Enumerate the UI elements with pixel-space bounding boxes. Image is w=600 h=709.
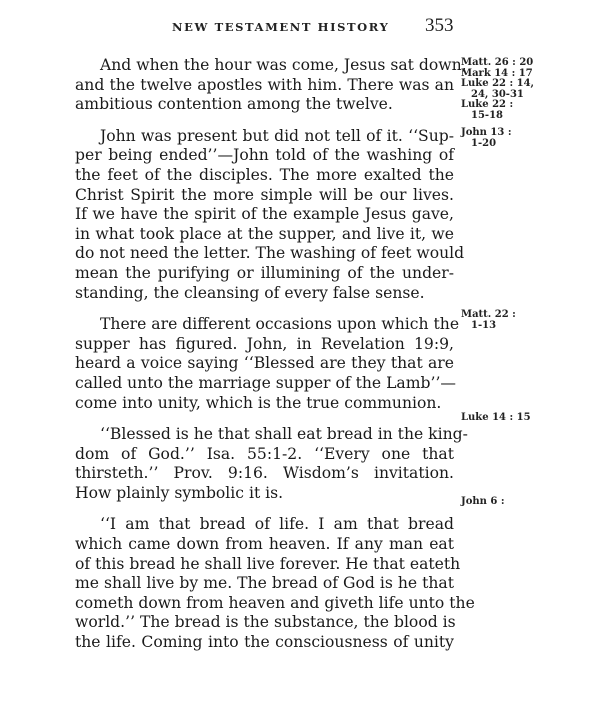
text-line: do not need the letter. The washing of f… [75,244,454,264]
paragraph-1: And when the hour was come, Jesus sat do… [75,56,454,115]
text-line: Christ Spirit the more simple will be ou… [75,186,454,206]
margin-reference-5: John 6 : [461,497,505,508]
text-line: John was present but did not tell of it.… [75,127,454,147]
text-line: dom of God.’’ Isa. 55:1-2. ‘‘Every one t… [75,445,454,465]
margin-reference-2: John 13 : 1-20 [461,128,512,149]
text-line: mean the purifying or illumining of the … [75,264,454,284]
margin-reference-3: Matt. 22 : 1-13 [461,310,516,331]
text-line: come into unity, which is the true commu… [75,394,454,414]
reference-line: Luke 22 : 14, [461,79,534,90]
text-line: And when the hour was come, Jesus sat do… [75,56,454,76]
text-line: which came down from heaven. If any man … [75,535,454,555]
margin-reference-1: Matt. 26 : 20 Mark 14 : 17 Luke 22 : 14,… [461,58,534,121]
reference-line: Luke 14 : 15 [461,413,531,424]
text-line: ambitious contention among the twelve. [75,95,454,115]
paragraph-3: There are different occasions upon which… [75,315,454,413]
text-line: supper has figured. John, in Revelation … [75,335,454,355]
book-page: NEW TESTAMENT HISTORY 353 And when the h… [0,0,600,709]
text-line: thirsteth.’’ Prov. 9:16. Wisdom’s invita… [75,464,454,484]
reference-line: John 6 : [461,497,505,508]
running-title: NEW TESTAMENT HISTORY [172,20,389,34]
reference-line: Matt. 26 : 20 [461,58,534,69]
paragraph-5: ‘‘I am that bread of life. I am that bre… [75,515,454,652]
text-line: cometh down from heaven and giveth life … [75,594,454,614]
paragraph-2: John was present but did not tell of it.… [75,127,454,303]
reference-line: 1-13 [461,321,516,332]
text-line: If we have the spirit of the example Jes… [75,205,454,225]
page-number: 353 [425,15,454,37]
text-line: heard a voice saying ‘‘Blessed are they … [75,354,454,374]
reference-line: Luke 22 : [461,100,534,111]
text-line: How plainly symbolic it is. [75,484,454,504]
text-line: ‘‘I am that bread of life. I am that bre… [75,515,454,535]
text-line: of this bread he shall live forever. He … [75,555,454,575]
reference-line: 15-18 [461,111,534,122]
body-text: And when the hour was come, Jesus sat do… [75,56,454,665]
text-line: me shall live by me. The bread of God is… [75,574,454,594]
paragraph-4: ‘‘Blessed is he that shall eat bread in … [75,425,454,503]
text-line: in what took place at the supper, and li… [75,225,454,245]
text-line: standing, the cleansing of every false s… [75,284,454,304]
page-header: NEW TESTAMENT HISTORY 353 [0,18,600,40]
text-line: world.’’ The bread is the substance, the… [75,613,454,633]
margin-reference-4: Luke 14 : 15 [461,413,531,424]
text-line: per being ended’’—John told of the washi… [75,146,454,166]
text-line: There are different occasions upon which… [75,315,454,335]
text-line: the feet of the disciples. The more exal… [75,166,454,186]
text-line: called unto the marriage supper of the L… [75,374,454,394]
reference-line: Matt. 22 : [461,310,516,321]
reference-line: John 13 : [461,128,512,139]
reference-line: 1-20 [461,139,512,150]
text-line: ‘‘Blessed is he that shall eat bread in … [75,425,454,445]
text-line: and the twelve apostles with him. There … [75,76,454,96]
text-line: the life. Coming into the consciousness … [75,633,454,653]
